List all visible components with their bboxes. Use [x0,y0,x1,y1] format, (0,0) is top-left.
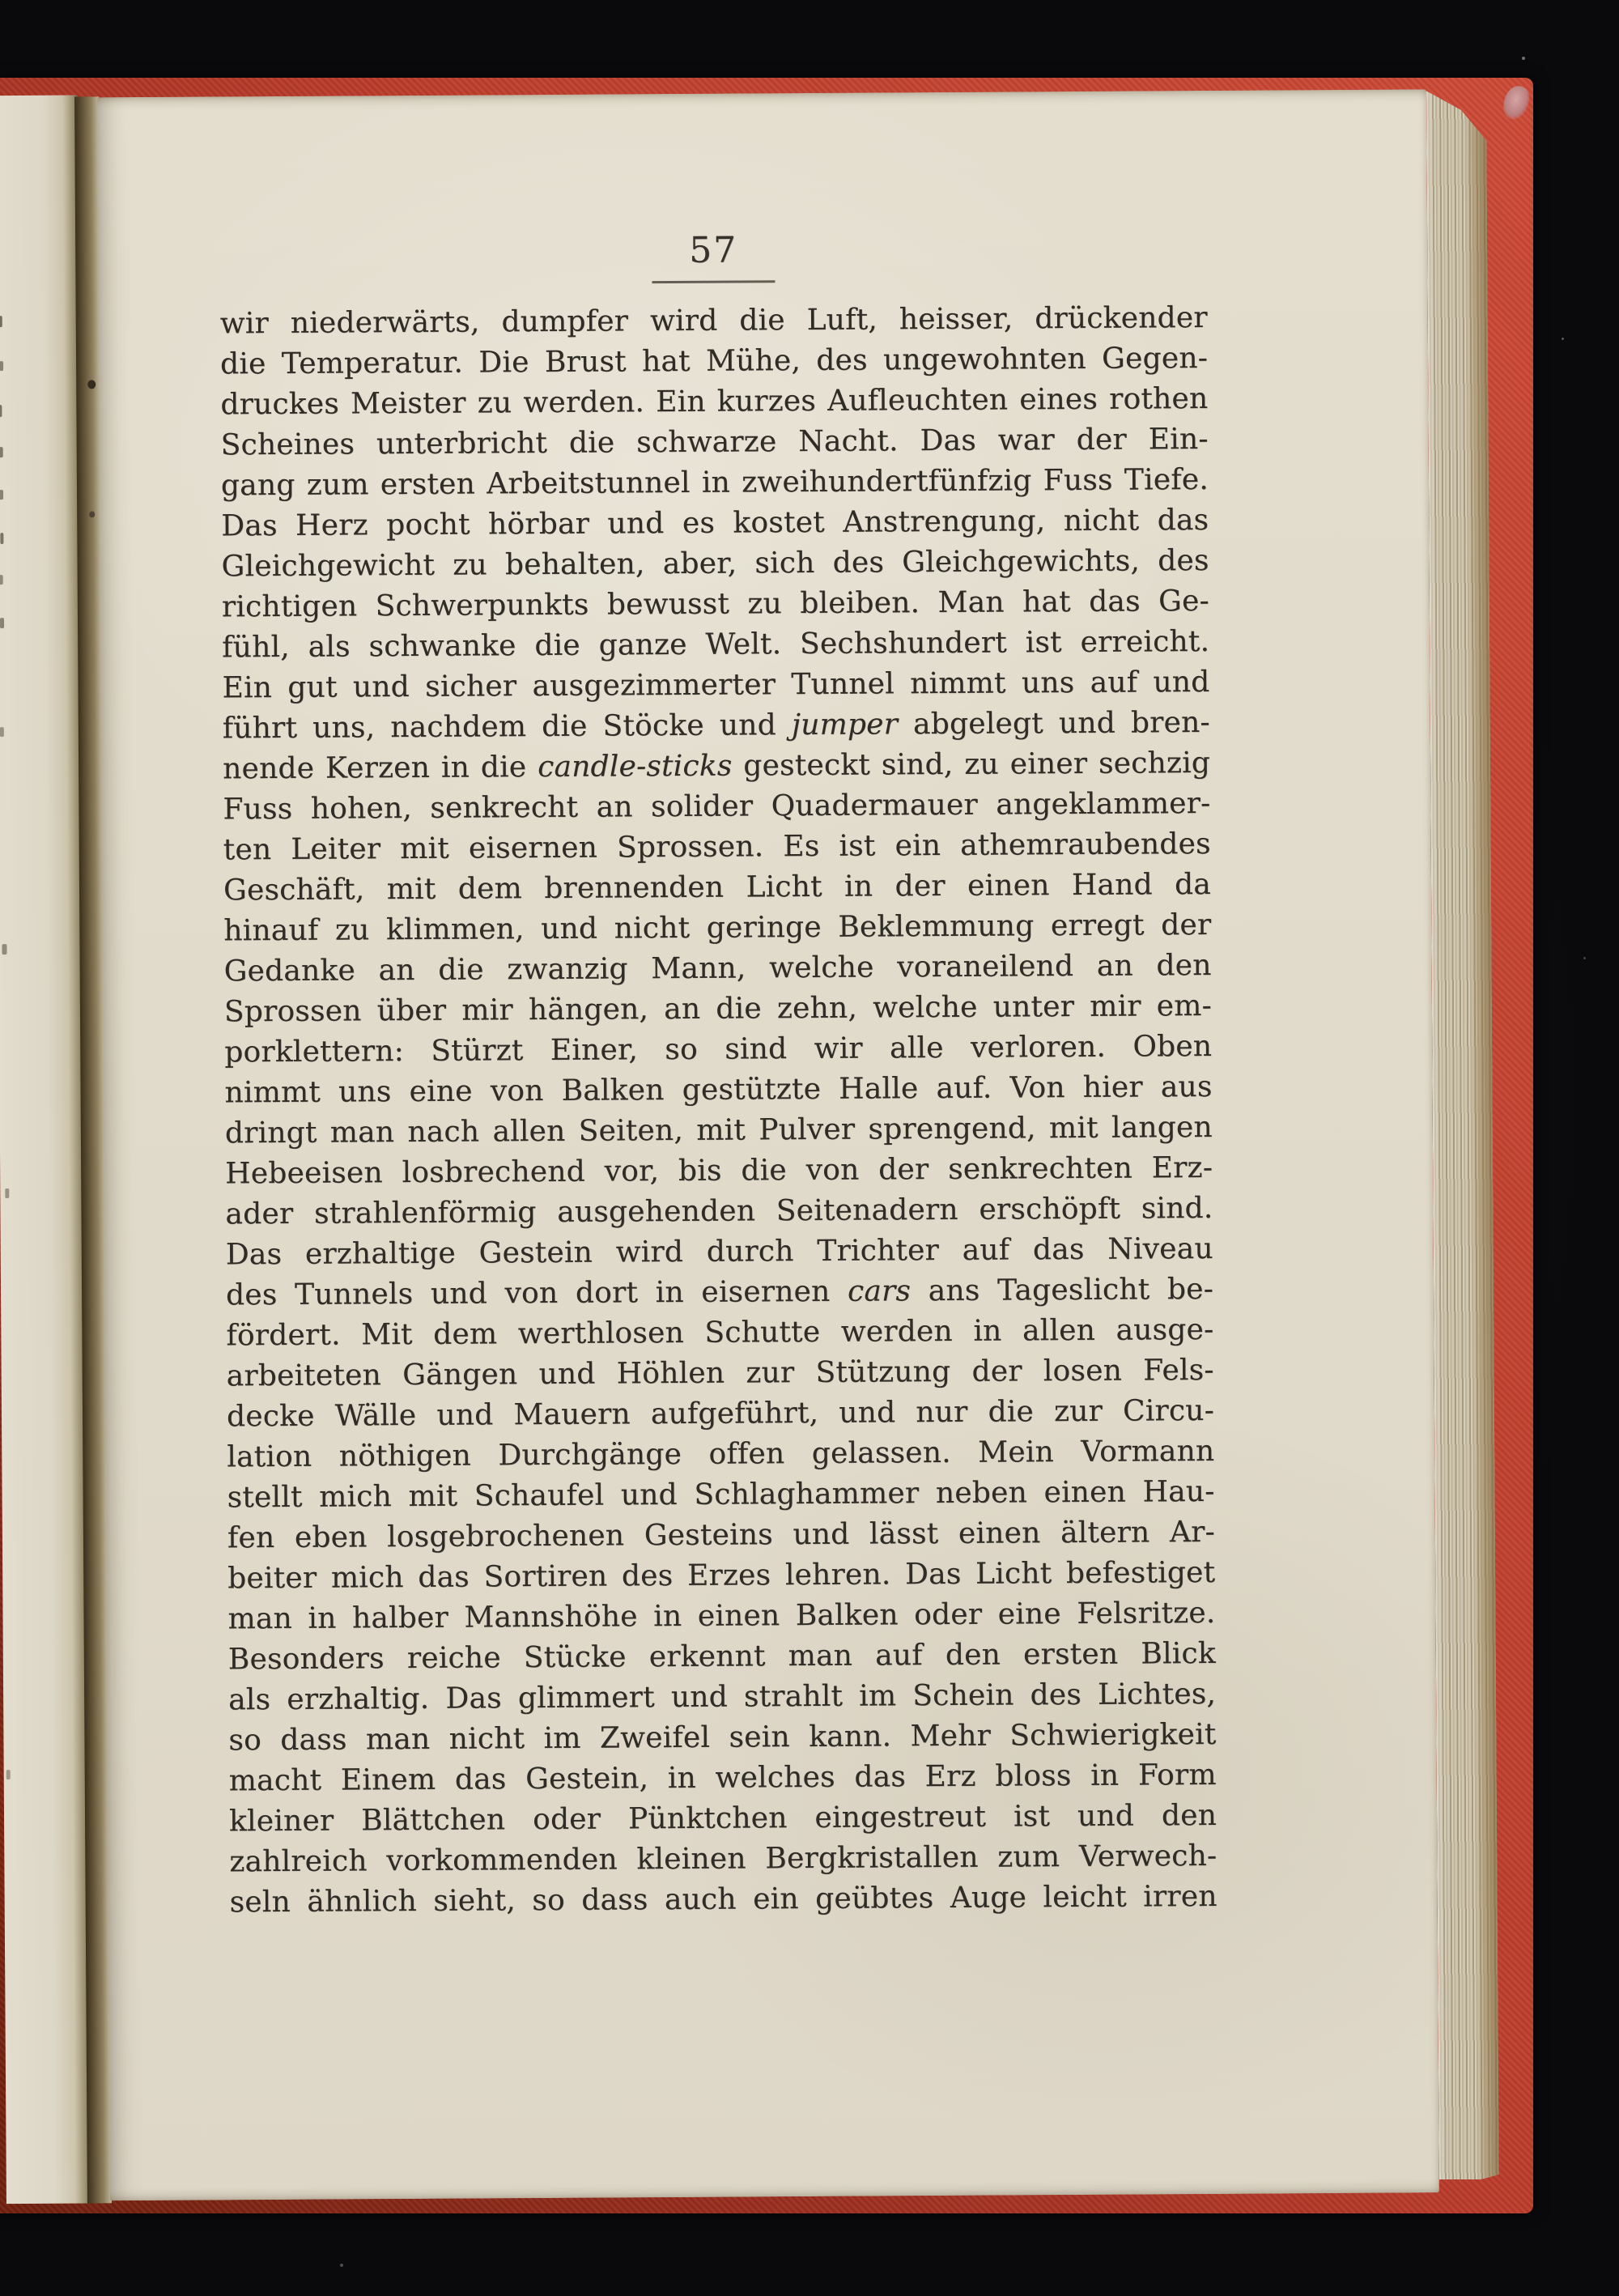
book-scan-photo: 57 wir niederwärts, dumpfer wird die Luf… [0,0,1619,2296]
facing-page-text-mark [5,1188,9,1198]
text-segment: ader strahlenförmig ausgehenden Seitenad… [225,1192,1213,1231]
text-line: so dass man nicht im Zweifel sein kann. … [228,1715,1216,1761]
text-line: druckes Meister zu werden. Ein kurzes Au… [220,379,1208,425]
italic-text-segment: jumper [792,708,898,742]
text-line: wir niederwärts, dumpfer wird die Luft, … [220,298,1208,344]
text-segment: man in halber Mannshöhe in einen Balken … [227,1597,1215,1635]
body-text: wir niederwärts, dumpfer wird die Luft, … [220,298,1217,1923]
text-segment: abgelegt und bren- [898,706,1210,741]
italic-text-segment: cars [848,1274,911,1307]
text-segment: führt uns, nachdem die Stöcke und [223,708,792,745]
text-segment: Fuss hohen, senkrecht an solider Quaderm… [223,787,1210,826]
text-segment: Geschäft, mit dem brennenden Licht in de… [223,868,1211,907]
text-segment: nende Kerzen in die [223,750,538,785]
text-segment: die Temperatur. Die Brust hat Mühe, des … [220,342,1208,381]
text-segment: Gedanke an die zwanzig Mann, welche vora… [224,949,1212,988]
text-segment: stellt mich mit Schaufel und Schlaghamme… [227,1475,1214,1514]
text-segment: wir niederwärts, dumpfer wird die Luft, … [220,301,1208,340]
text-segment: lation nöthigen Durchgänge offen gelasse… [227,1435,1214,1473]
text-line: Scheines unterbricht die schwarze Nacht.… [221,419,1209,466]
ink-speck [87,380,96,389]
text-segment: beiter mich das Sortiren des Erzes lehre… [227,1556,1215,1595]
text-segment: Ein gut und sicher ausgezimmerter Tunnel… [222,665,1209,704]
italic-text-segment: candle-sticks [538,750,733,784]
dust-speck [1583,957,1586,959]
text-segment: Sprossen über mir hängen, an die zehn, w… [224,989,1212,1028]
text-line: arbeiteten Gängen und Höhlen zur Stützun… [227,1350,1214,1397]
text-line: des Tunnels und von dort in eisernen car… [226,1269,1213,1316]
text-line: porklettern: Stürzt Einer, so sind wir a… [224,1027,1212,1073]
text-line: fen eben losgebrochenen Gesteins und läs… [227,1512,1215,1558]
text-line: gang zum ersten Arbeitstunnel in zweihun… [221,460,1209,506]
text-line: Das erzhaltige Gestein wird durch Tricht… [226,1229,1213,1275]
facing-page-text-mark [0,575,3,585]
book-page: 57 wir niederwärts, dumpfer wird die Luf… [97,89,1439,2200]
text-line: macht Einem das Gestein, in welches das … [229,1755,1217,1801]
facing-page-text-mark [0,618,4,628]
book-block: 57 wir niederwärts, dumpfer wird die Luf… [0,0,1619,2296]
text-line: Hebeeisen losbrechend vor, bis die von d… [225,1148,1213,1194]
text-line: Geschäft, mit dem brennenden Licht in de… [223,865,1211,911]
facing-page-text-mark [6,1770,11,1779]
text-segment: richtigen Schwerpunkts bewusst zu bleibe… [222,585,1209,623]
text-segment: macht Einem das Gestein, in welches das … [229,1758,1217,1797]
page-number-rule [652,280,775,283]
text-segment: druckes Meister zu werden. Ein kurzes Au… [220,382,1208,421]
text-segment: Gleichgewicht zu behalten, aber, sich de… [221,544,1209,583]
text-line: Das Herz pocht hörbar und es kostet Anst… [221,500,1209,546]
text-segment: decke Wälle und Mauern aufgeführt, und n… [227,1394,1214,1433]
text-line: hinauf zu klimmen, und nicht geringe Bek… [223,905,1211,951]
text-line: lation nöthigen Durchgänge offen gelasse… [227,1431,1214,1478]
text-line: führt uns, nachdem die Stöcke und jumper… [223,703,1210,749]
text-line: als erzhaltig. Das glimmert und strahlt … [228,1674,1216,1720]
text-line: seln ähnlich sieht, so dass auch ein geü… [230,1877,1217,1923]
text-segment: Das Herz pocht hörbar und es kostet Anst… [221,504,1209,542]
text-line: dringt man nach allen Seiten, mit Pulver… [225,1108,1213,1154]
text-line: ader strahlenförmig ausgehenden Seitenad… [225,1188,1213,1235]
text-segment: ans Tageslicht be- [911,1273,1213,1307]
text-line: kleiner Blättchen oder Pünktchen eingest… [229,1796,1217,1842]
text-segment: Hebeeisen losbrechend vor, bis die von d… [225,1151,1213,1190]
text-segment: ten Leiter mit eisernen Sprossen. Es ist… [223,827,1211,866]
facing-page-text-mark [0,447,3,457]
page-number: 57 [689,230,737,271]
fore-edge-page-stack [1426,91,1499,2179]
facing-page-text-mark [2,944,6,955]
facing-page-text-mark [0,533,3,544]
text-segment: Das erzhaltige Gestein wird durch Tricht… [226,1232,1213,1271]
text-segment: fühl, als schwanke die ganze Welt. Sechs… [222,625,1209,664]
text-segment: Besonders reiche Stücke erkennt man auf … [228,1637,1216,1676]
text-segment: Scheines unterbricht die schwarze Nacht.… [221,423,1209,461]
text-line: zahlreich vorkommenden kleinen Bergkrist… [229,1836,1217,1882]
text-segment: seln ähnlich sieht, so dass auch ein geü… [230,1880,1217,1919]
facing-page-text-mark [0,405,2,417]
text-line: man in halber Mannshöhe in einen Balken … [227,1593,1215,1639]
text-line: Ein gut und sicher ausgezimmerter Tunnel… [222,662,1209,708]
facing-page-text-mark [0,727,4,737]
facing-page-text-mark [0,490,3,500]
text-segment: gang zum ersten Arbeitstunnel in zweihun… [221,463,1209,502]
text-line: ten Leiter mit eisernen Sprossen. Es ist… [223,824,1211,870]
text-line: fördert. Mit dem werthlosen Schutte werd… [226,1310,1213,1356]
text-line: nimmt uns eine von Balken gestützte Hall… [224,1067,1212,1113]
text-segment: als erzhaltig. Das glimmert und strahlt … [228,1677,1216,1716]
facing-page-text-mark [0,361,3,371]
text-segment: hinauf zu klimmen, und nicht geringe Bek… [223,908,1211,947]
text-segment: nimmt uns eine von Balken gestützte Hall… [224,1070,1212,1109]
text-segment: fördert. Mit dem werthlosen Schutte werd… [226,1313,1213,1352]
text-line: die Temperatur. Die Brust hat Mühe, des … [220,338,1208,385]
facing-page-text-mark [0,316,2,327]
text-line: richtigen Schwerpunkts bewusst zu bleibe… [222,581,1209,627]
text-segment: porklettern: Stürzt Einer, so sind wir a… [224,1030,1212,1069]
dust-speck [340,2264,343,2267]
text-line: Besonders reiche Stücke erkennt man auf … [228,1634,1216,1680]
text-segment: arbeiteten Gängen und Höhlen zur Stützun… [227,1354,1214,1392]
ink-speck [89,511,95,517]
text-segment: gesteckt sind, zu einer sechzig [732,746,1210,783]
text-line: Sprossen über mir hängen, an die zehn, w… [224,986,1212,1032]
text-segment: so dass man nicht im Zweifel sein kann. … [228,1718,1216,1757]
text-line: fühl, als schwanke die ganze Welt. Sechs… [222,622,1209,668]
text-line: Gedanke an die zwanzig Mann, welche vora… [224,946,1212,992]
dust-speck [1562,338,1564,340]
text-segment: kleiner Blättchen oder Pünktchen eingest… [229,1799,1217,1838]
text-segment: dringt man nach allen Seiten, mit Pulver… [225,1111,1213,1150]
text-line: decke Wälle und Mauern aufgeführt, und n… [227,1391,1214,1437]
text-line: beiter mich das Sortiren des Erzes lehre… [227,1553,1215,1599]
dust-speck [1522,57,1525,60]
text-segment: des Tunnels und von dort in eisernen [226,1275,848,1312]
text-line: Gleichgewicht zu behalten, aber, sich de… [221,541,1209,587]
page-header: 57 [219,227,1207,286]
text-line: Fuss hohen, senkrecht an solider Quaderm… [223,784,1210,830]
text-segment: zahlreich vorkommenden kleinen Bergkrist… [229,1839,1217,1878]
text-line: nende Kerzen in die candle-sticks gestec… [223,743,1210,789]
text-segment: fen eben losgebrochenen Gesteins und läs… [227,1516,1215,1554]
text-line: stellt mich mit Schaufel und Schlaghamme… [227,1472,1214,1518]
